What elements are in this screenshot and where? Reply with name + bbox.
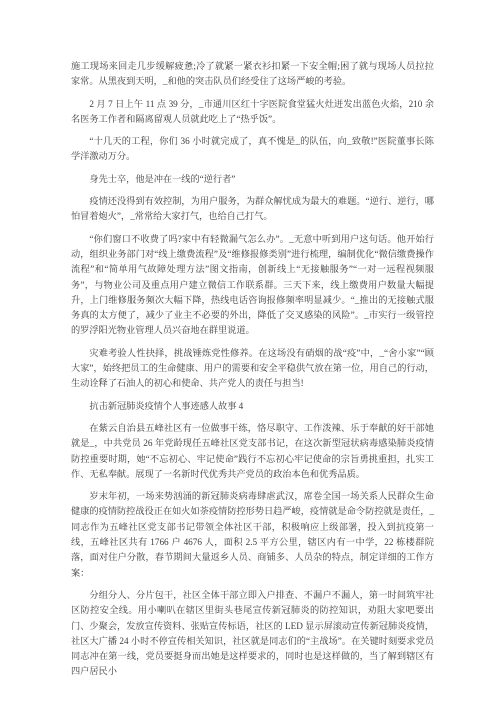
paragraph: 疫情还没得到有效控制，为用户服务，为群众解忧成为最大的难题。“逆行、逆行，哪怕冒… <box>71 194 434 225</box>
paragraph: 2 月 7 日上午 11 点 39 分，_市通川区红十字医院食堂猛火灶迸发出蓝色… <box>71 97 434 128</box>
paragraph: 分组分人、分片包干，社区全体干部立即入户排查、不漏户不漏人，第一时间筑牢社区防控… <box>71 588 434 680</box>
section-heading: 抗击新冠肺炎疫情个人事迹感人故事 4 <box>71 399 434 414</box>
paragraph: “十几天的工程，你们 36 小时就完成了，真不愧是_的队伍，向_致敬!”医院董事… <box>71 134 434 165</box>
paragraph-continuation: 施工现场来回走几步缓解疲惫;冷了就紧一紧衣衫扣紧一下安全帽;困了就与现场人员拉拉… <box>71 59 434 90</box>
paragraph: 身先士卒，他是冲在一线的“逆行者” <box>71 172 434 187</box>
paragraph: 岁末年初，一场来势汹涌的新冠肺炎病毒肆虐武汉，席卷全国一场关系人民群众生命健康的… <box>71 489 434 581</box>
paragraph: 灾难考验人性抉择，挑战锤炼党性修养。在这场没有硝烟的战“疫”中，_“舍小家”“顾… <box>71 346 434 392</box>
document-page: 施工现场来回走几步缓解疲惫;冷了就紧一紧衣衫扣紧一下安全帽;困了就与现场人员拉拉… <box>0 0 500 708</box>
document-body: 施工现场来回走几步缓解疲惫;冷了就紧一紧衣衫扣紧一下安全帽;困了就与现场人员拉拉… <box>71 59 434 680</box>
paragraph: 在紫云自治县五峰社区有一位做事干练，恪尽职守、工作泼辣、乐于奉献的好干部她就是_… <box>71 421 434 482</box>
paragraph: “你们窗口不收费了吗?家中有轻微漏气怎么办”。_无意中听到用户这句话。他开始行动… <box>71 232 434 339</box>
